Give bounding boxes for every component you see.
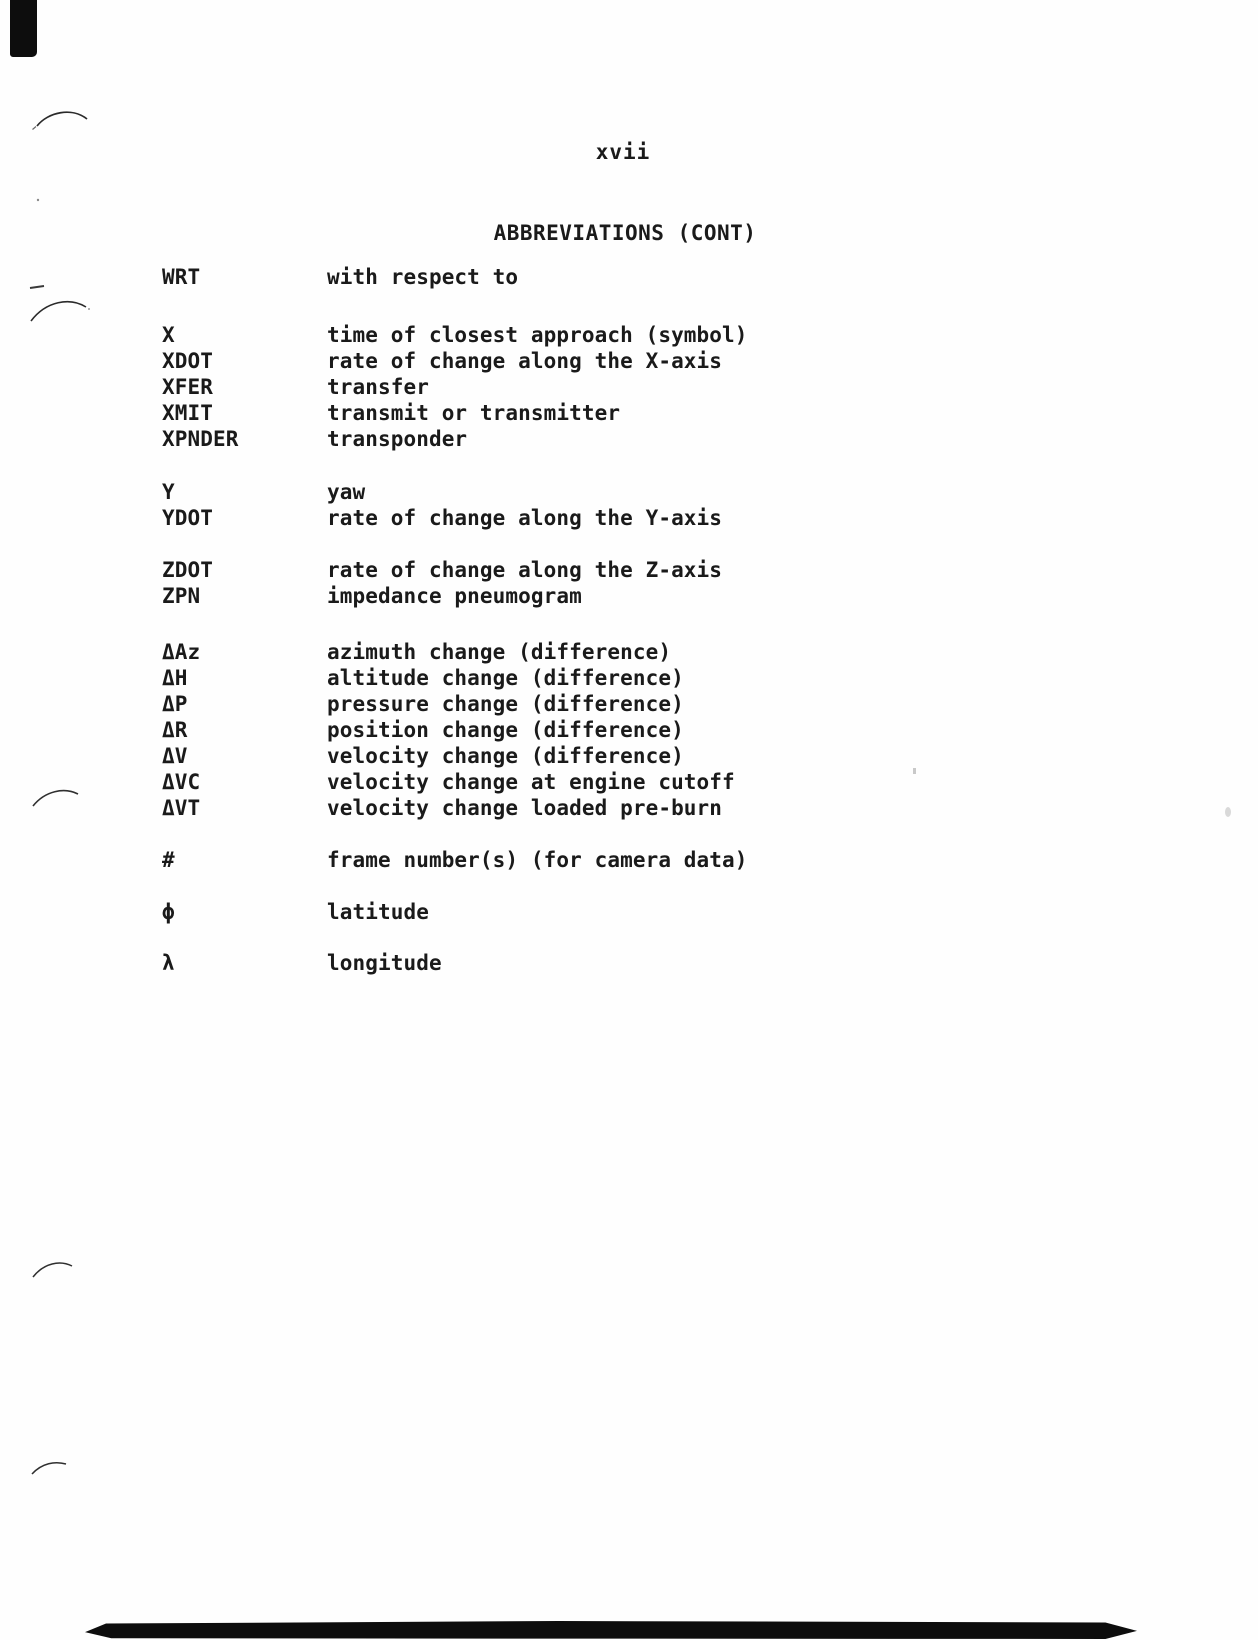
abbreviation-term: ZPN bbox=[162, 583, 327, 609]
abbreviation-definition: with respect to bbox=[327, 264, 1022, 290]
abbreviation-definition: transfer bbox=[327, 374, 1022, 400]
abbreviation-row: λlongitude bbox=[162, 950, 1022, 976]
abbreviation-row: Yyaw bbox=[162, 479, 1022, 505]
abbreviation-definition: yaw bbox=[327, 479, 1022, 505]
abbreviation-row: ΔPpressure change (difference) bbox=[162, 691, 1022, 717]
abbreviation-term: ΔVT bbox=[162, 795, 327, 821]
abbreviation-row: ΔVTvelocity change loaded pre-burn bbox=[162, 795, 1022, 821]
abbreviation-term: Y bbox=[162, 479, 327, 505]
scan-speck-artifact bbox=[1225, 807, 1231, 817]
abbreviation-row: Xtime of closest approach (symbol) bbox=[162, 322, 1022, 348]
abbreviation-definition: rate of change along the X-axis bbox=[327, 348, 1022, 374]
abbreviation-definition: rate of change along the Y-axis bbox=[327, 505, 1022, 531]
abbreviation-definition: velocity change loaded pre-burn bbox=[327, 795, 1022, 821]
abbreviation-term: XFER bbox=[162, 374, 327, 400]
abbreviation-group: YyawYDOTrate of change along the Y-axis bbox=[162, 479, 1022, 531]
abbreviation-term: X bbox=[162, 322, 327, 348]
abbreviation-row: ΔVvelocity change (difference) bbox=[162, 743, 1022, 769]
document-page: xvii ABBREVIATIONS (CONT) WRTwith respec… bbox=[0, 0, 1258, 1640]
abbreviation-definition: impedance pneumogram bbox=[327, 583, 1022, 609]
abbreviation-term: ΔVC bbox=[162, 769, 327, 795]
page-title: ABBREVIATIONS (CONT) bbox=[0, 220, 1250, 246]
abbreviation-term: WRT bbox=[162, 264, 327, 290]
abbreviation-definition: latitude bbox=[327, 899, 1022, 925]
abbreviation-group: #frame number(s) (for camera data) bbox=[162, 847, 1022, 873]
scan-arc-artifact bbox=[32, 1463, 66, 1474]
abbreviation-row: ϕlatitude bbox=[162, 899, 1022, 925]
abbreviation-term: XPNDER bbox=[162, 426, 327, 452]
abbreviation-term: ZDOT bbox=[162, 557, 327, 583]
abbreviation-term: ϕ bbox=[162, 899, 327, 925]
abbreviation-group: ϕlatitude bbox=[162, 899, 1022, 925]
abbreviation-row: XMITtransmit or transmitter bbox=[162, 400, 1022, 426]
abbreviation-group: ZDOTrate of change along the Z-axisZPNim… bbox=[162, 557, 1022, 609]
abbreviation-term: ΔR bbox=[162, 717, 327, 743]
abbreviation-definition: time of closest approach (symbol) bbox=[327, 322, 1022, 348]
abbreviation-term: XMIT bbox=[162, 400, 327, 426]
abbreviation-definition: velocity change at engine cutoff bbox=[327, 769, 1022, 795]
scan-arc-artifact bbox=[31, 302, 86, 321]
abbreviation-group: WRTwith respect to bbox=[162, 264, 1022, 290]
abbreviation-group: ΔAzazimuth change (difference)ΔHaltitude… bbox=[162, 639, 1022, 821]
scan-arc-artifact bbox=[33, 1263, 72, 1277]
abbreviation-row: ZPNimpedance pneumogram bbox=[162, 583, 1022, 609]
abbreviation-row: XDOTrate of change along the X-axis bbox=[162, 348, 1022, 374]
abbreviation-definition: frame number(s) (for camera data) bbox=[327, 847, 1022, 873]
abbreviation-definition: transmit or transmitter bbox=[327, 400, 1022, 426]
abbreviation-row: WRTwith respect to bbox=[162, 264, 1022, 290]
scan-arc-tick-artifact bbox=[33, 127, 37, 130]
abbreviation-row: ΔAzazimuth change (difference) bbox=[162, 639, 1022, 665]
abbreviation-row: XFERtransfer bbox=[162, 374, 1022, 400]
abbreviation-group: Xtime of closest approach (symbol)XDOTra… bbox=[162, 322, 1022, 452]
scan-edge-bar-top-left bbox=[10, 0, 37, 57]
abbreviation-term: ΔV bbox=[162, 743, 327, 769]
scan-dash-artifact bbox=[30, 286, 44, 288]
abbreviation-definition: longitude bbox=[327, 950, 1022, 976]
scan-dot-artifact bbox=[88, 308, 90, 310]
abbreviation-row: ΔVCvelocity change at engine cutoff bbox=[162, 769, 1022, 795]
abbreviation-row: ΔRposition change (difference) bbox=[162, 717, 1022, 743]
scan-dot-artifact bbox=[37, 199, 39, 201]
abbreviation-term: ΔH bbox=[162, 665, 327, 691]
abbreviation-definition: azimuth change (difference) bbox=[327, 639, 1022, 665]
abbreviation-row: ΔHaltitude change (difference) bbox=[162, 665, 1022, 691]
abbreviation-row: XPNDERtransponder bbox=[162, 426, 1022, 452]
abbreviation-group: λlongitude bbox=[162, 950, 1022, 976]
abbreviation-term: λ bbox=[162, 950, 327, 976]
abbreviation-definition: altitude change (difference) bbox=[327, 665, 1022, 691]
abbreviation-definition: rate of change along the Z-axis bbox=[327, 557, 1022, 583]
abbreviation-term: ΔAz bbox=[162, 639, 327, 665]
abbreviation-row: ZDOTrate of change along the Z-axis bbox=[162, 557, 1022, 583]
abbreviation-term: ΔP bbox=[162, 691, 327, 717]
abbreviation-row: #frame number(s) (for camera data) bbox=[162, 847, 1022, 873]
abbreviation-term: XDOT bbox=[162, 348, 327, 374]
abbreviation-definition: position change (difference) bbox=[327, 717, 1022, 743]
abbreviation-definition: pressure change (difference) bbox=[327, 691, 1022, 717]
abbreviation-definition: transponder bbox=[327, 426, 1022, 452]
abbreviation-definition: velocity change (difference) bbox=[327, 743, 1022, 769]
abbreviation-term: # bbox=[162, 847, 327, 873]
abbreviation-term: YDOT bbox=[162, 505, 327, 531]
abbreviation-row: YDOTrate of change along the Y-axis bbox=[162, 505, 1022, 531]
scan-edge-bar-bottom bbox=[85, 1621, 1137, 1639]
scan-arc-artifact bbox=[33, 791, 78, 806]
page-number: xvii bbox=[0, 139, 1246, 165]
scan-arc-artifact bbox=[37, 112, 87, 126]
